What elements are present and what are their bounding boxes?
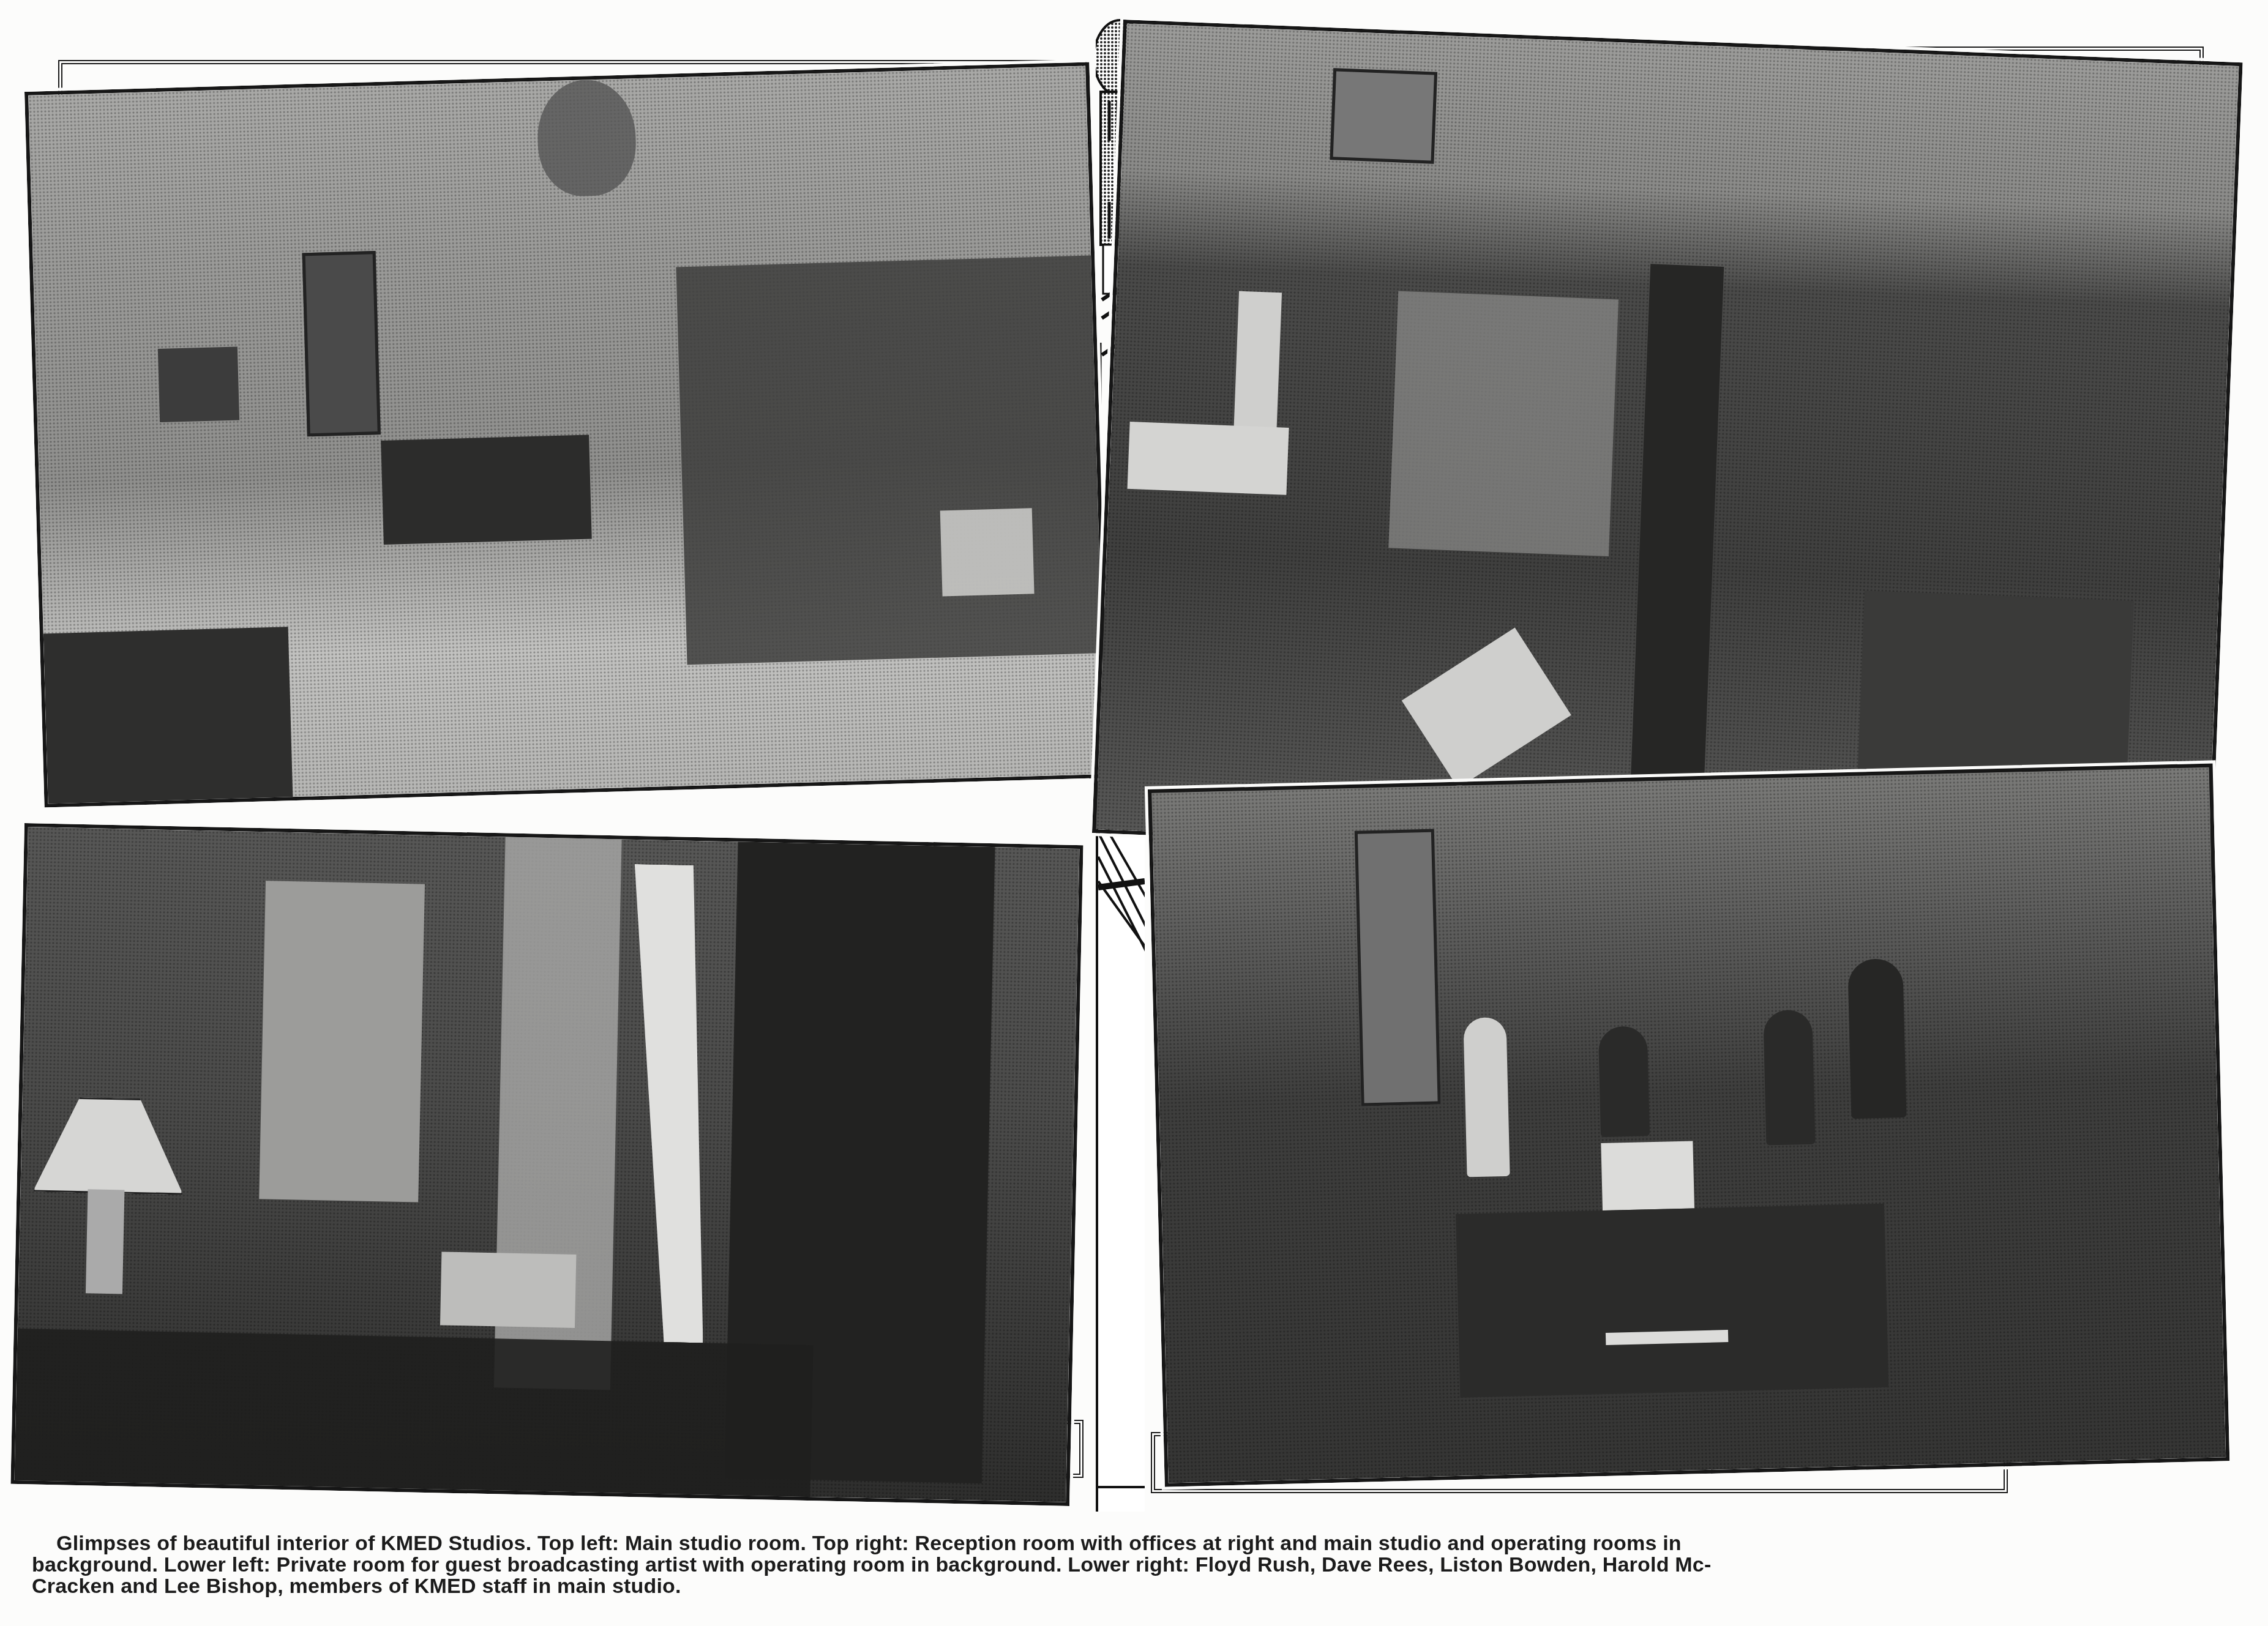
photo-reception-room [1092,20,2243,876]
staff-member-2 [1598,1026,1650,1137]
framed-picture [1330,68,1437,163]
sheet-music [1601,1141,1694,1210]
newspaper-page: Glimpses of beautiful interior of KMED S… [0,0,2268,1626]
sofa [43,627,293,807]
piano [1456,1204,1888,1398]
caption-line-1: Glimpses of beautiful interior of KMED S… [32,1533,2236,1554]
lamp-base [86,1189,125,1294]
photo-main-studio [24,62,1109,807]
floor-lamp [158,346,239,422]
staff-member-1 [1463,1017,1510,1177]
dark-doorway [676,255,1103,665]
staff-member-4 [1847,958,1906,1119]
desk [1128,422,1289,495]
caption-line-3: Cracken and Lee Bishop, members of KMED … [32,1576,2236,1597]
piano-table [381,434,592,544]
wall-portrait [1355,829,1441,1106]
photo-guest-artist-room [10,823,1083,1506]
doorway-light [1388,291,1619,557]
chair-light [440,1251,576,1328]
window-light [259,881,425,1202]
wall-tapestry [302,251,381,436]
patterned-rug [14,1329,813,1504]
photo-caption: Glimpses of beautiful interior of KMED S… [32,1533,2236,1597]
chair [940,508,1035,596]
staff-member-3 [1763,1010,1815,1146]
photo-kmed-staff [1148,763,2229,1486]
caption-line-2: background. Lower left: Private room for… [32,1554,2236,1576]
